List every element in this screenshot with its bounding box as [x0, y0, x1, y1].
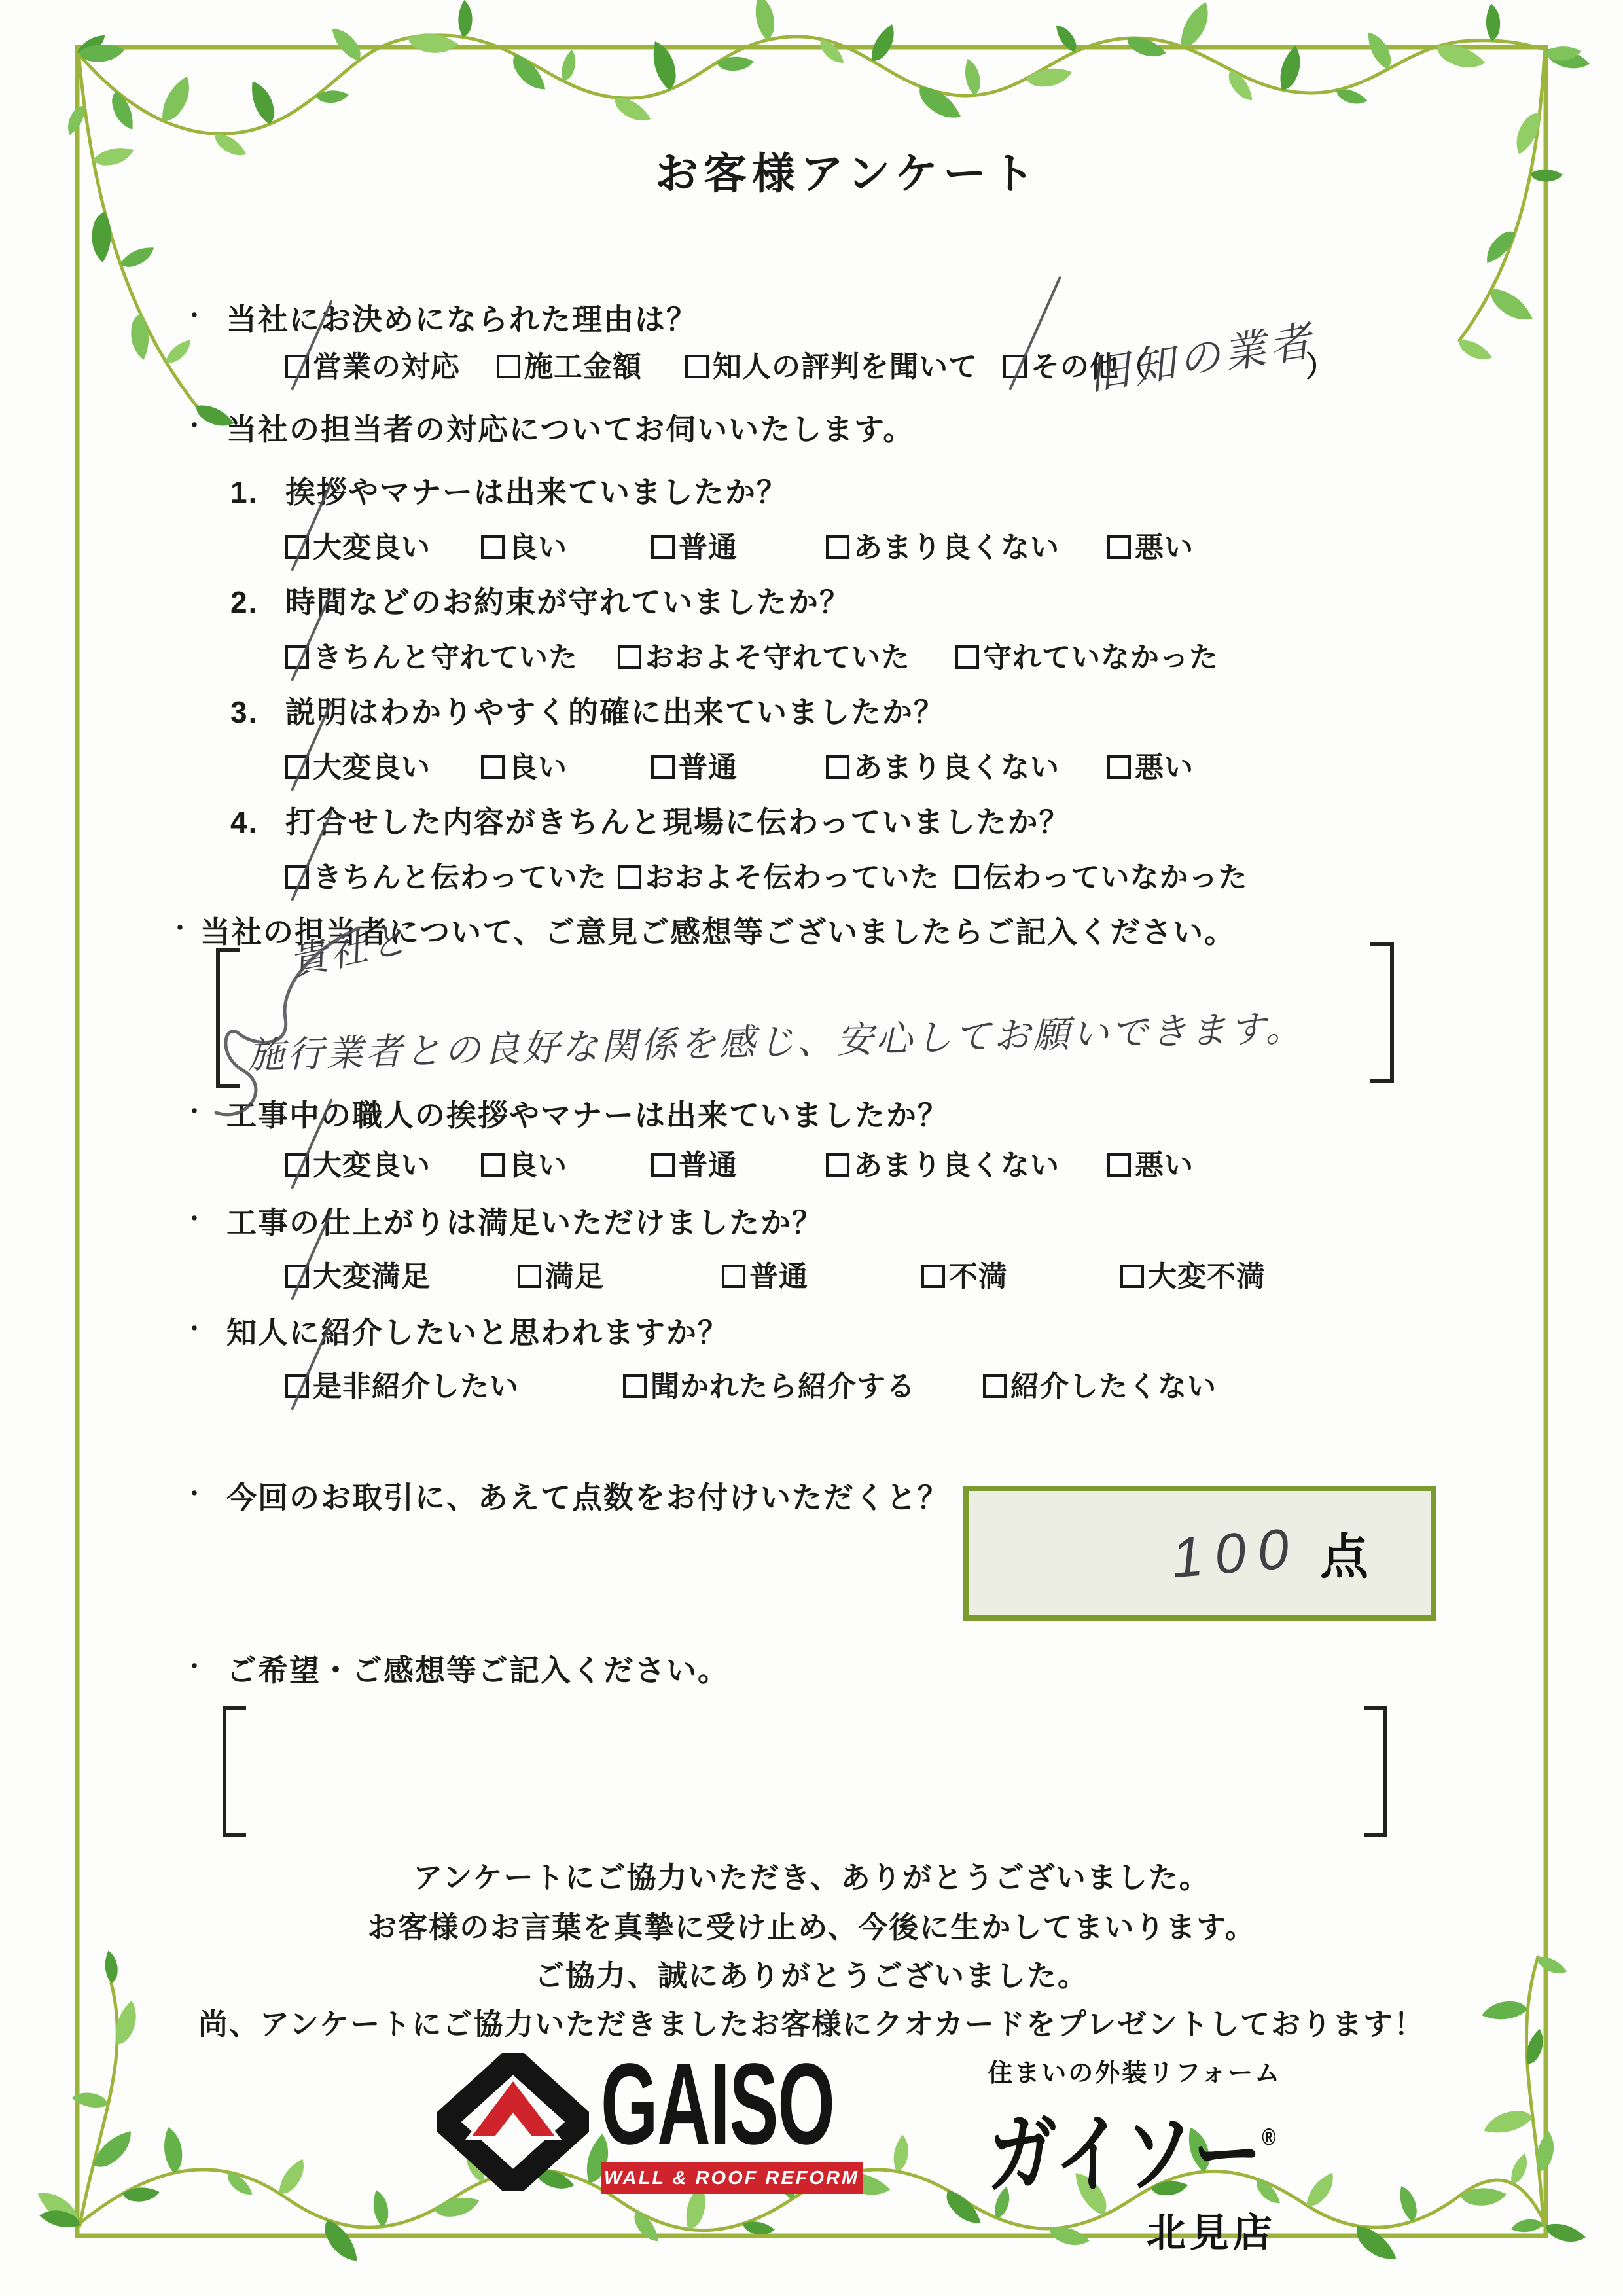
wishes-field[interactable] [216, 1706, 1394, 1837]
option-not-so-good[interactable]: あまり良くない [826, 524, 1060, 565]
bullet-icon: ・ [183, 1482, 207, 1507]
checkbox[interactable] [481, 1153, 505, 1177]
question-text: 打合せした内容がきちんと現場に伝わっていましたか？ [285, 805, 1071, 839]
options-workers-manner: 大変良い 良い 普通 あまり良くない 悪い [0, 1141, 1623, 1183]
checkbox-checked[interactable] [285, 1374, 309, 1398]
option-very-good[interactable]: 大変良い [285, 1141, 431, 1183]
question-text: 工事中の職人の挨拶やマナーは出来ていましたか？ [226, 1098, 949, 1132]
bracket-right [1361, 1706, 1387, 1837]
question-text: 今回のお取引に、あえて点数をお付けいただくと？ [226, 1480, 949, 1515]
question-text: 工事の仕上がりは満足いただけましたか？ [226, 1206, 823, 1240]
question-reason: ・当社にお決めになられた理由は？ [183, 296, 698, 339]
question-text: 時間などのお約束が守れていましたか？ [285, 585, 851, 619]
question-greeting-manner: 1.挨拶やマナーは出来ていましたか？ [230, 469, 788, 512]
bullet-icon: ・ [183, 1100, 207, 1124]
option-label: 施工金額 [524, 351, 642, 383]
question-number: 3. [230, 694, 285, 730]
checkbox[interactable] [518, 1265, 541, 1288]
gaiso-logo: GAISO WALL & ROOF REFORM 住まいの外装リフォーム ガイソ… [437, 2053, 1348, 2258]
footer-quocard-note: 尚、アンケートにご協力いただきましたお客様にクオカードをプレゼントしております！ [0, 2000, 1623, 2043]
question-text: 知人に紹介したいと思われますか？ [226, 1316, 729, 1350]
option-mostly-kept[interactable]: おおよそ守れていた [618, 634, 910, 675]
question-text: ご希望・ご感想等ご記入ください。 [226, 1653, 729, 1687]
option-not-conveyed[interactable]: 伝わっていなかった [955, 853, 1248, 895]
bullet-icon: ・ [183, 304, 207, 329]
option-label: 悪い [1135, 531, 1194, 564]
option-label: 是非紹介したい [313, 1371, 519, 1403]
option-label: 良い [508, 531, 567, 564]
option-label: 良い [508, 1149, 567, 1181]
checkbox-checked[interactable] [285, 1153, 309, 1177]
option-label: 普通 [679, 751, 738, 783]
option-label: 伝わっていなかった [983, 861, 1248, 893]
option-very-dissatisfied[interactable]: 大変不満 [1120, 1253, 1266, 1295]
checkbox-checked[interactable] [1003, 355, 1027, 378]
option-label: 知人の評判を聞いて [713, 351, 978, 383]
checkbox[interactable] [618, 865, 641, 889]
checkbox-checked[interactable] [285, 535, 309, 559]
option-good[interactable]: 良い [481, 524, 567, 565]
option-not-kept[interactable]: 守れていなかった [955, 634, 1219, 675]
question-text: 当社の担当者の対応についてお伺いいたします。 [226, 412, 914, 446]
option-label: 大変不満 [1148, 1261, 1266, 1293]
checkbox[interactable] [481, 535, 505, 559]
option-dissatisfied[interactable]: 不満 [921, 1253, 1008, 1295]
bullet-icon: ・ [183, 414, 207, 439]
score-box[interactable]: 100 点 [963, 1486, 1436, 1621]
option-label: 紹介したくない [1010, 1371, 1217, 1403]
bullet-icon: ・ [183, 1207, 207, 1232]
option-label: 良い [508, 751, 567, 783]
score-unit: 点 [1320, 1518, 1368, 1588]
page-title: お客様アンケート [36, 139, 1623, 201]
option-refer-if-asked[interactable]: 聞かれたら紹介する [623, 1363, 916, 1405]
option-label: 守れていなかった [983, 641, 1219, 673]
checkbox[interactable] [955, 645, 979, 669]
option-label: おおよそ守れていた [645, 641, 910, 673]
checkbox[interactable] [955, 865, 979, 889]
checkbox[interactable] [1107, 1153, 1131, 1177]
option-label: きちんと伝わっていた [313, 861, 607, 893]
option-very-good[interactable]: 大変良い [285, 744, 431, 785]
option-label: 営業の対応 [313, 351, 460, 383]
checkbox-checked[interactable] [285, 355, 309, 378]
checkbox[interactable] [1120, 1265, 1144, 1288]
option-sales-response[interactable]: 営業の対応 [285, 343, 460, 385]
option-very-good[interactable]: 大変良い [285, 524, 431, 565]
options-referral: 是非紹介したい 聞かれたら紹介する 紹介したくない [0, 1363, 1623, 1405]
option-bad[interactable]: 悪い [1107, 1141, 1194, 1183]
bracket-left [216, 948, 242, 1088]
option-not-refer[interactable]: 紹介したくない [983, 1363, 1217, 1405]
footer-thanks-3: ご協力、誠にありがとうございました。 [0, 1952, 1623, 1994]
handwritten-score: 100 [1169, 1515, 1303, 1591]
option-satisfied[interactable]: 満足 [518, 1253, 604, 1295]
question-workers-manner: ・工事中の職人の挨拶やマナーは出来ていましたか？ [183, 1092, 949, 1135]
checkbox[interactable] [921, 1265, 945, 1288]
option-label: 普通 [679, 1149, 738, 1181]
option-label: きちんと守れていた [313, 641, 578, 673]
option-label: 普通 [679, 531, 738, 564]
bullet-icon: ・ [183, 1655, 207, 1679]
bracket-left [223, 1706, 249, 1837]
checkbox[interactable] [722, 1265, 745, 1288]
option-label: 大変良い [313, 751, 431, 783]
option-construction-price[interactable]: 施工金額 [497, 343, 642, 385]
option-good[interactable]: 良い [481, 1141, 567, 1183]
option-label: 大変良い [313, 531, 431, 564]
checkbox[interactable] [497, 355, 520, 378]
question-referral: ・知人に紹介したいと思われますか？ [183, 1309, 729, 1352]
question-text: 挨拶やマナーは出来ていましたか？ [285, 475, 788, 509]
option-label: 悪い [1135, 751, 1194, 783]
question-text: 説明はわかりやすく的確に出来ていましたか？ [285, 695, 945, 729]
option-acquaintance-reputation[interactable]: 知人の評判を聞いて [685, 343, 978, 385]
option-bad[interactable]: 悪い [1107, 744, 1194, 785]
bracket-right [1368, 942, 1394, 1083]
checkbox[interactable] [651, 1153, 675, 1177]
gaiso-wordmark: GAISO [601, 2053, 834, 2156]
option-normal[interactable]: 普通 [722, 1253, 808, 1295]
options-explanation: 大変良い 良い 普通 あまり良くない 悪い [0, 744, 1623, 785]
option-label: 悪い [1135, 1149, 1194, 1181]
option-label: あまり良くない [853, 751, 1060, 783]
option-label: 普通 [749, 1261, 808, 1293]
checkbox[interactable] [826, 535, 849, 559]
gaiso-logo-mark-icon [437, 2053, 589, 2191]
checkbox-checked[interactable] [285, 755, 309, 779]
option-normal[interactable]: 普通 [651, 524, 738, 565]
option-label: 大変満足 [313, 1261, 431, 1293]
option-very-satisfied[interactable]: 大変満足 [285, 1253, 431, 1295]
question-number: 2. [230, 584, 285, 620]
registered-mark: ® [1262, 2123, 1275, 2150]
options-finish-satisfaction: 大変満足 満足 普通 不満 大変不満 [0, 1253, 1623, 1295]
checkbox-checked[interactable] [285, 865, 309, 889]
option-conveyed-properly[interactable]: きちんと伝わっていた [285, 853, 607, 895]
option-label: 満足 [545, 1261, 604, 1293]
checkbox[interactable] [983, 1374, 1007, 1398]
handwritten-other-reason: 旧知の業者 [1083, 307, 1319, 403]
checkbox[interactable] [481, 755, 505, 779]
survey-page: お客様アンケート ・当社にお決めになられた理由は？ 営業の対応 施工金額 知人の… [0, 0, 1623, 2296]
question-score: ・今回のお取引に、あえて点数をお付けいただくと？ [183, 1474, 949, 1517]
footer-thanks-2: お客様のお言葉を真摯に受け止め、今後に生かしてまいります。 [0, 1903, 1623, 1946]
option-definitely-refer[interactable]: 是非紹介したい [285, 1363, 519, 1405]
option-label: 聞かれたら紹介する [651, 1371, 916, 1403]
options-reason: 営業の対応 施工金額 知人の評判を聞いて その他（ ） [0, 343, 1623, 385]
options-greeting-manner: 大変良い 良い 普通 あまり良くない 悪い [0, 524, 1623, 565]
question-finish-satisfaction: ・工事の仕上がりは満足いただけましたか？ [183, 1199, 823, 1242]
options-punctuality: きちんと守れていた おおよそ守れていた 守れていなかった [0, 634, 1623, 675]
checkbox[interactable] [826, 1153, 849, 1177]
checkbox[interactable] [1107, 755, 1131, 779]
checkbox[interactable] [651, 755, 675, 779]
checkbox[interactable] [651, 535, 675, 559]
katakana-text: ガイソー [988, 2106, 1262, 2202]
option-label: あまり良くない [853, 531, 1060, 564]
logo-tagline: 住まいの外装リフォーム [988, 2053, 1348, 2089]
comment-field[interactable]: 貴社と 施行業者との良好な関係を感じ、安心してお願いできます。 [209, 942, 1400, 1093]
question-punctuality: 2.時間などのお約束が守れていましたか？ [230, 579, 851, 622]
branch-name: 北見店 [1147, 2202, 1276, 2258]
option-not-so-good[interactable]: あまり良くない [826, 1141, 1060, 1183]
option-not-so-good[interactable]: あまり良くない [826, 744, 1060, 785]
question-wishes: ・ご希望・ご感想等ご記入ください。 [183, 1647, 729, 1690]
option-bad[interactable]: 悪い [1107, 524, 1194, 565]
option-good[interactable]: 良い [481, 744, 567, 785]
checkbox[interactable] [1107, 535, 1131, 559]
option-mostly-conveyed[interactable]: おおよそ伝わっていた [618, 853, 940, 895]
option-label: あまり良くない [853, 1149, 1060, 1181]
question-number: 4. [230, 804, 285, 840]
footer-thanks-1: アンケートにご協力いただき、ありがとうございました。 [0, 1854, 1623, 1896]
checkbox[interactable] [618, 645, 641, 669]
checkbox[interactable] [826, 755, 849, 779]
checkbox[interactable] [685, 355, 709, 378]
question-site-communication: 4.打合せした内容がきちんと現場に伝わっていましたか？ [230, 798, 1071, 842]
checkbox[interactable] [623, 1374, 647, 1398]
question-number: 1. [230, 475, 285, 510]
option-label: おおよそ伝わっていた [645, 861, 940, 893]
options-site-communication: きちんと伝わっていた おおよそ伝わっていた 伝わっていなかった [0, 853, 1623, 895]
bullet-icon: ・ [183, 1317, 207, 1342]
option-normal[interactable]: 普通 [651, 744, 738, 785]
option-normal[interactable]: 普通 [651, 1141, 738, 1183]
option-label: 不満 [949, 1261, 1008, 1293]
bullet-icon: ・ [169, 916, 192, 941]
checkbox-checked[interactable] [285, 1265, 309, 1288]
option-label: 大変良い [313, 1149, 431, 1181]
option-kept-properly[interactable]: きちんと守れていた [285, 634, 578, 675]
gaiso-katakana: ガイソー® [988, 2094, 1275, 2198]
question-staff-header: ・当社の担当者の対応についてお伺いいたします。 [183, 406, 914, 449]
question-text: 当社にお決めになられた理由は？ [226, 302, 698, 336]
handwritten-comment: 施行業者との良好な関係を感じ、安心してお願いできます。 [247, 999, 1305, 1079]
checkbox-checked[interactable] [285, 645, 309, 669]
question-explanation: 3.説明はわかりやすく的確に出来ていましたか？ [230, 689, 945, 732]
